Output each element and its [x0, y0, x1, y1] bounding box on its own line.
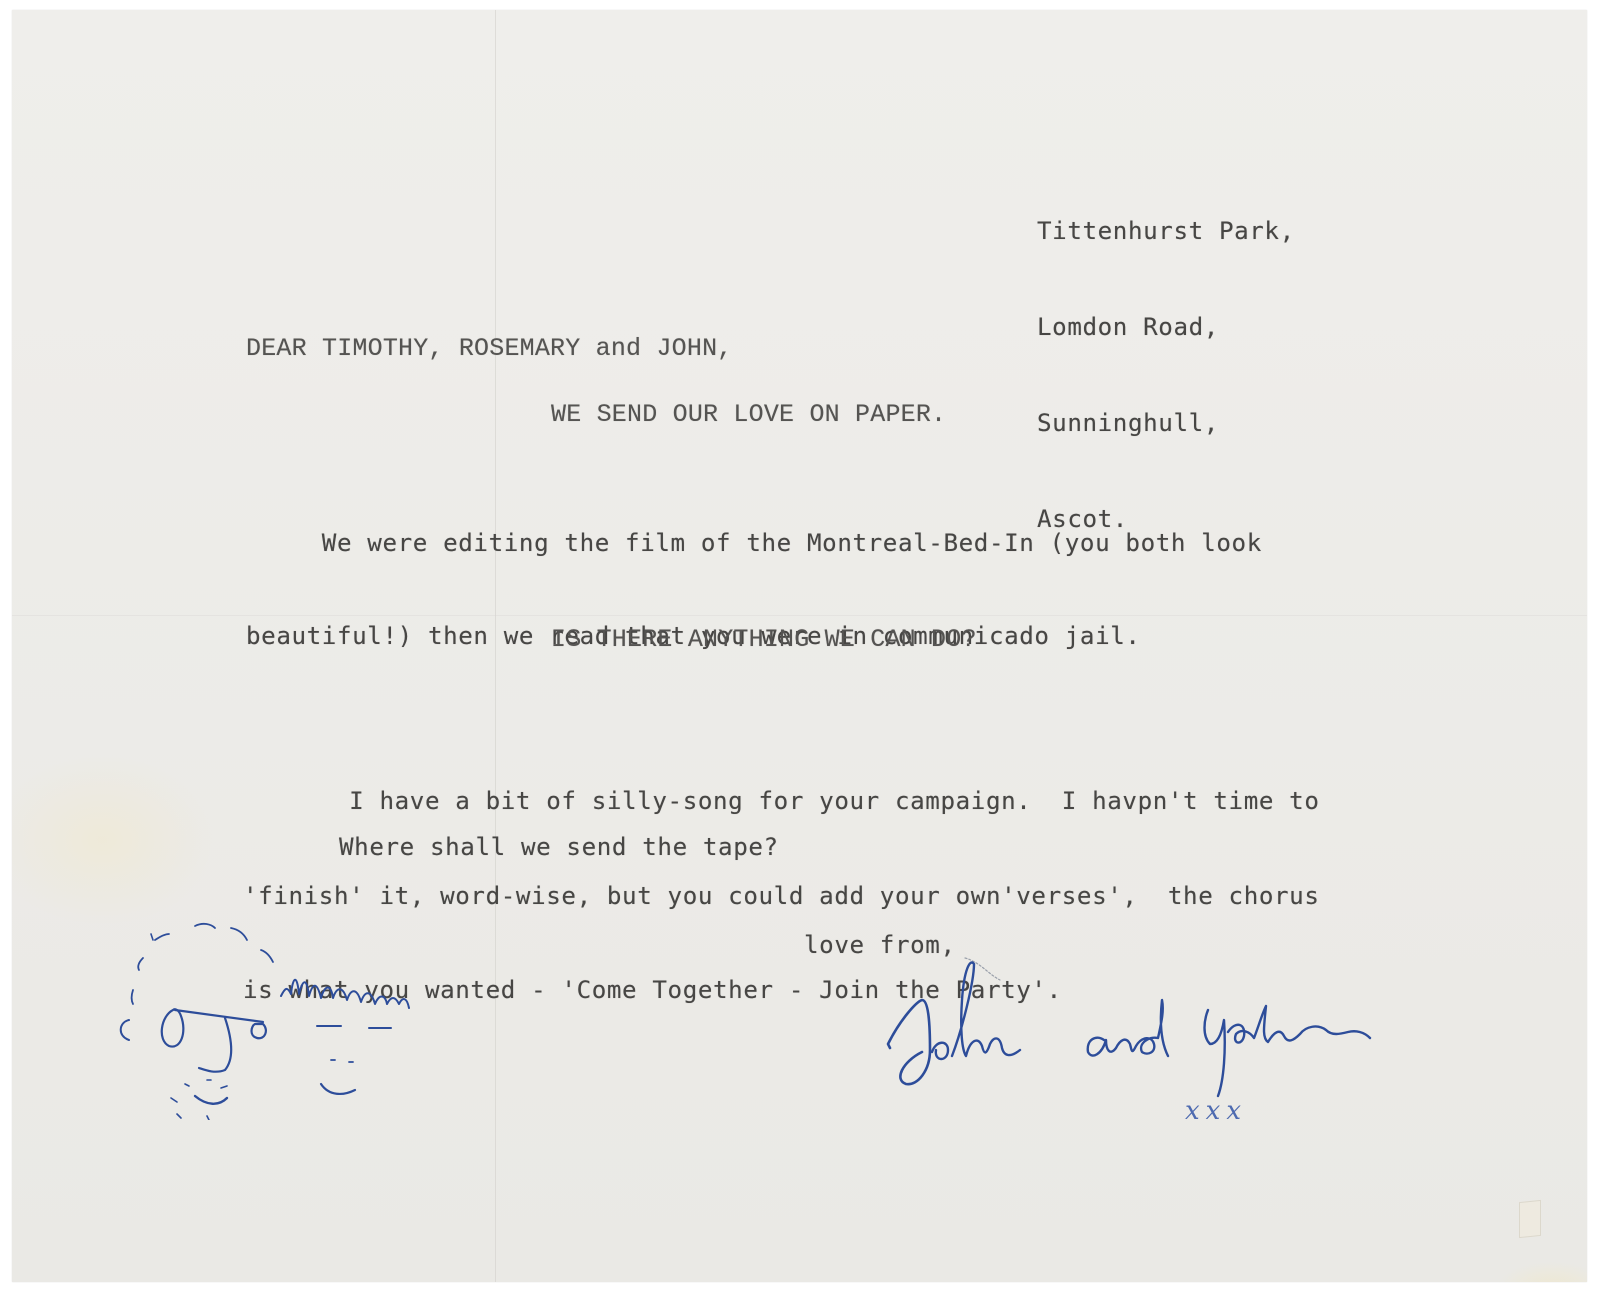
paragraph-2-line-2: 'finish' it, word-wise, but you could ad…	[243, 881, 1320, 913]
address-line-2: Lomdon Road,	[1037, 311, 1295, 343]
paragraph-1-line-1: We were editing the film of the Montreal…	[246, 528, 1262, 559]
heading-love-on-paper: WE SEND OUR LOVE ON PAPER.	[551, 399, 946, 430]
paragraph-silly-song: I have a bit of silly-song for your camp…	[243, 723, 1320, 1038]
salutation: DEAR TIMOTHY, ROSEMARY and JOHN,	[246, 333, 732, 364]
address-line-3: Sunninghull,	[1037, 407, 1295, 439]
paragraph-2-line-3: is what you wanted - 'Come Together - Jo…	[243, 975, 1320, 1007]
kisses: xxx	[1185, 1096, 1247, 1126]
paper-corner-tab	[1519, 1200, 1541, 1238]
heading-anything-we-can-do: IS THERE ANYTHING WE CAN DO?	[551, 624, 977, 655]
closing: love from,	[804, 930, 956, 961]
address-line-1: Tittenhurst Park,	[1037, 215, 1295, 247]
paragraph-send-tape: Where shall we send the tape?	[339, 832, 779, 863]
paragraph-2-line-1: I have a bit of silly-song for your camp…	[243, 786, 1320, 818]
